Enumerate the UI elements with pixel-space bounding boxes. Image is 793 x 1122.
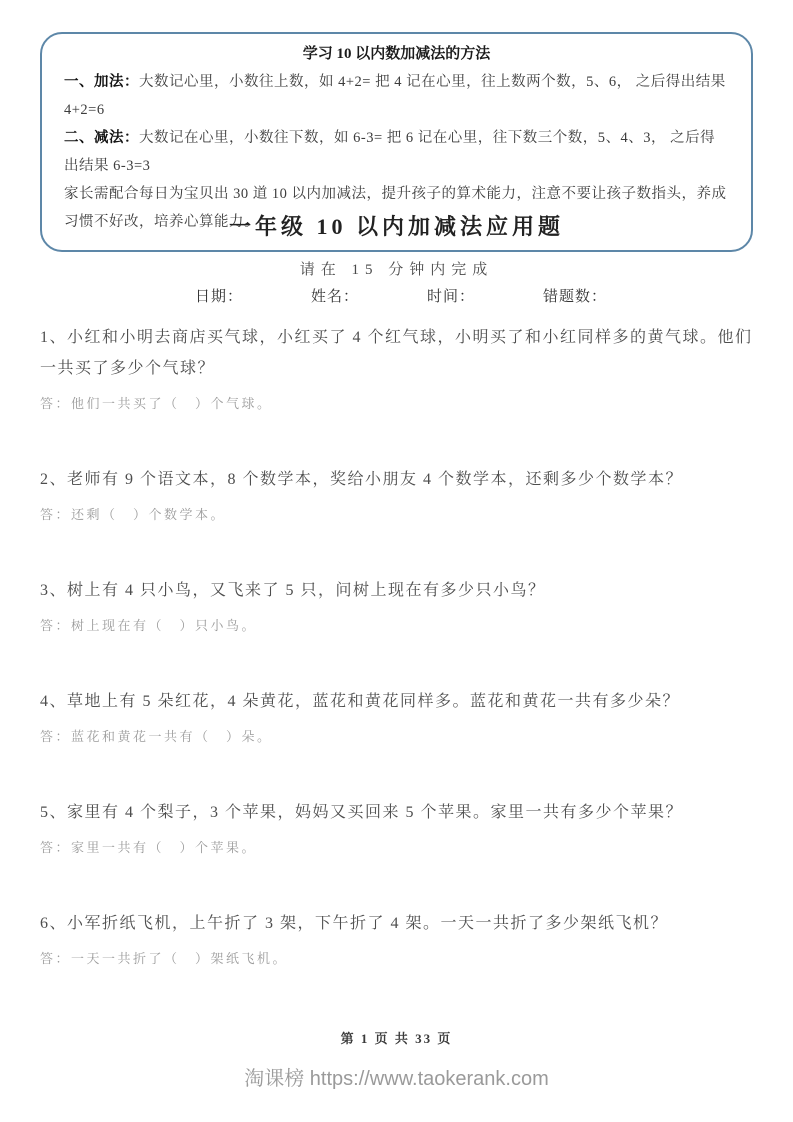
question-item: 4、草地上有 5 朵红花，4 朵黄花，蓝花和黄花同样多。蓝花和黄花一共有多少朵？… <box>40 686 755 747</box>
date-field-label: 日期： <box>195 285 243 306</box>
time-field-label: 时间： <box>427 285 475 306</box>
question-item: 6、小军折纸飞机，上午折了 3 架，下午折了 4 架。一天一共折了多少架纸飞机？… <box>40 908 755 969</box>
answer-line: 答：他们一共买了（ ）个气球。 <box>40 394 755 414</box>
question-text: 3、树上有 4 只小鸟，又飞来了 5 只，问树上现在有多少只小鸟？ <box>40 575 755 606</box>
subtraction-method-line: 二、减法：大数记在心里，小数往下数，如 6-3= 把 6 记在心里，往下数三个数… <box>64 124 729 180</box>
answer-line: 答：家里一共有（ ）个苹果。 <box>40 838 755 858</box>
questions-list: 1、小红和小明去商店买气球，小红买了 4 个红气球，小明买了和小红同样多的黄气球… <box>40 322 755 1019</box>
answer-line: 答：一天一共折了（ ）架纸飞机。 <box>40 949 755 969</box>
worksheet-page: 学习 10 以内数加减法的方法 一、加法：大数记心里，小数往上数，如 4+2= … <box>0 0 793 1122</box>
question-item: 3、树上有 4 只小鸟，又飞来了 5 只，问树上现在有多少只小鸟？ 答：树上现在… <box>40 575 755 636</box>
name-field-label: 姓名： <box>311 285 359 306</box>
question-item: 2、老师有 9 个语文本，8 个数学本，奖给小朋友 4 个数学本，还剩多少个数学… <box>40 464 755 525</box>
addition-method-label: 一、加法： <box>64 74 139 90</box>
question-item: 5、家里有 4 个梨子，3 个苹果，妈妈又买回来 5 个苹果。家里一共有多少个苹… <box>40 797 755 858</box>
question-text: 6、小军折纸飞机，上午折了 3 架，下午折了 4 架。一天一共折了多少架纸飞机？ <box>40 908 755 939</box>
answer-line: 答：蓝花和黄花一共有（ ）朵。 <box>40 727 755 747</box>
question-item: 1、小红和小明去商店买气球，小红买了 4 个红气球，小明买了和小红同样多的黄气球… <box>40 322 755 414</box>
question-text: 4、草地上有 5 朵红花，4 朵黄花，蓝花和黄花同样多。蓝花和黄花一共有多少朵？ <box>40 686 755 717</box>
addition-method-text: 大数记心里，小数往上数，如 4+2= 把 4 记在心里，往上数两个数，5、6， … <box>64 74 726 118</box>
wrong-count-field-label: 错题数： <box>543 285 607 306</box>
question-text: 5、家里有 4 个梨子，3 个苹果，妈妈又买回来 5 个苹果。家里一共有多少个苹… <box>40 797 755 828</box>
subtraction-method-text: 大数记在心里，小数往下数，如 6-3= 把 6 记在心里，往下数三个数，5、4、… <box>64 130 715 174</box>
addition-method-line: 一、加法：大数记心里，小数往上数，如 4+2= 把 4 记在心里，往上数两个数，… <box>64 68 729 124</box>
page-title: 一年级 10 以内加减法应用题 <box>0 210 793 241</box>
info-box-title: 学习 10 以内数加减法的方法 <box>64 42 729 66</box>
subtraction-method-label: 二、减法： <box>64 130 139 146</box>
answer-line: 答：树上现在有（ ）只小鸟。 <box>40 616 755 636</box>
site-watermark[interactable]: 淘课榜 https://www.taokerank.com <box>0 1062 793 1091</box>
question-text: 2、老师有 9 个语文本，8 个数学本，奖给小朋友 4 个数学本，还剩多少个数学… <box>40 464 755 495</box>
answer-line: 答：还剩（ ）个数学本。 <box>40 505 755 525</box>
header-fields-row: 日期： 姓名： 时间： 错题数： <box>195 285 607 306</box>
page-number-footer: 第 1 页 共 33 页 <box>0 1028 793 1047</box>
time-limit-subtitle: 请在 15 分钟内完成 <box>0 258 793 279</box>
question-text: 1、小红和小明去商店买气球，小红买了 4 个红气球，小明买了和小红同样多的黄气球… <box>40 322 755 384</box>
